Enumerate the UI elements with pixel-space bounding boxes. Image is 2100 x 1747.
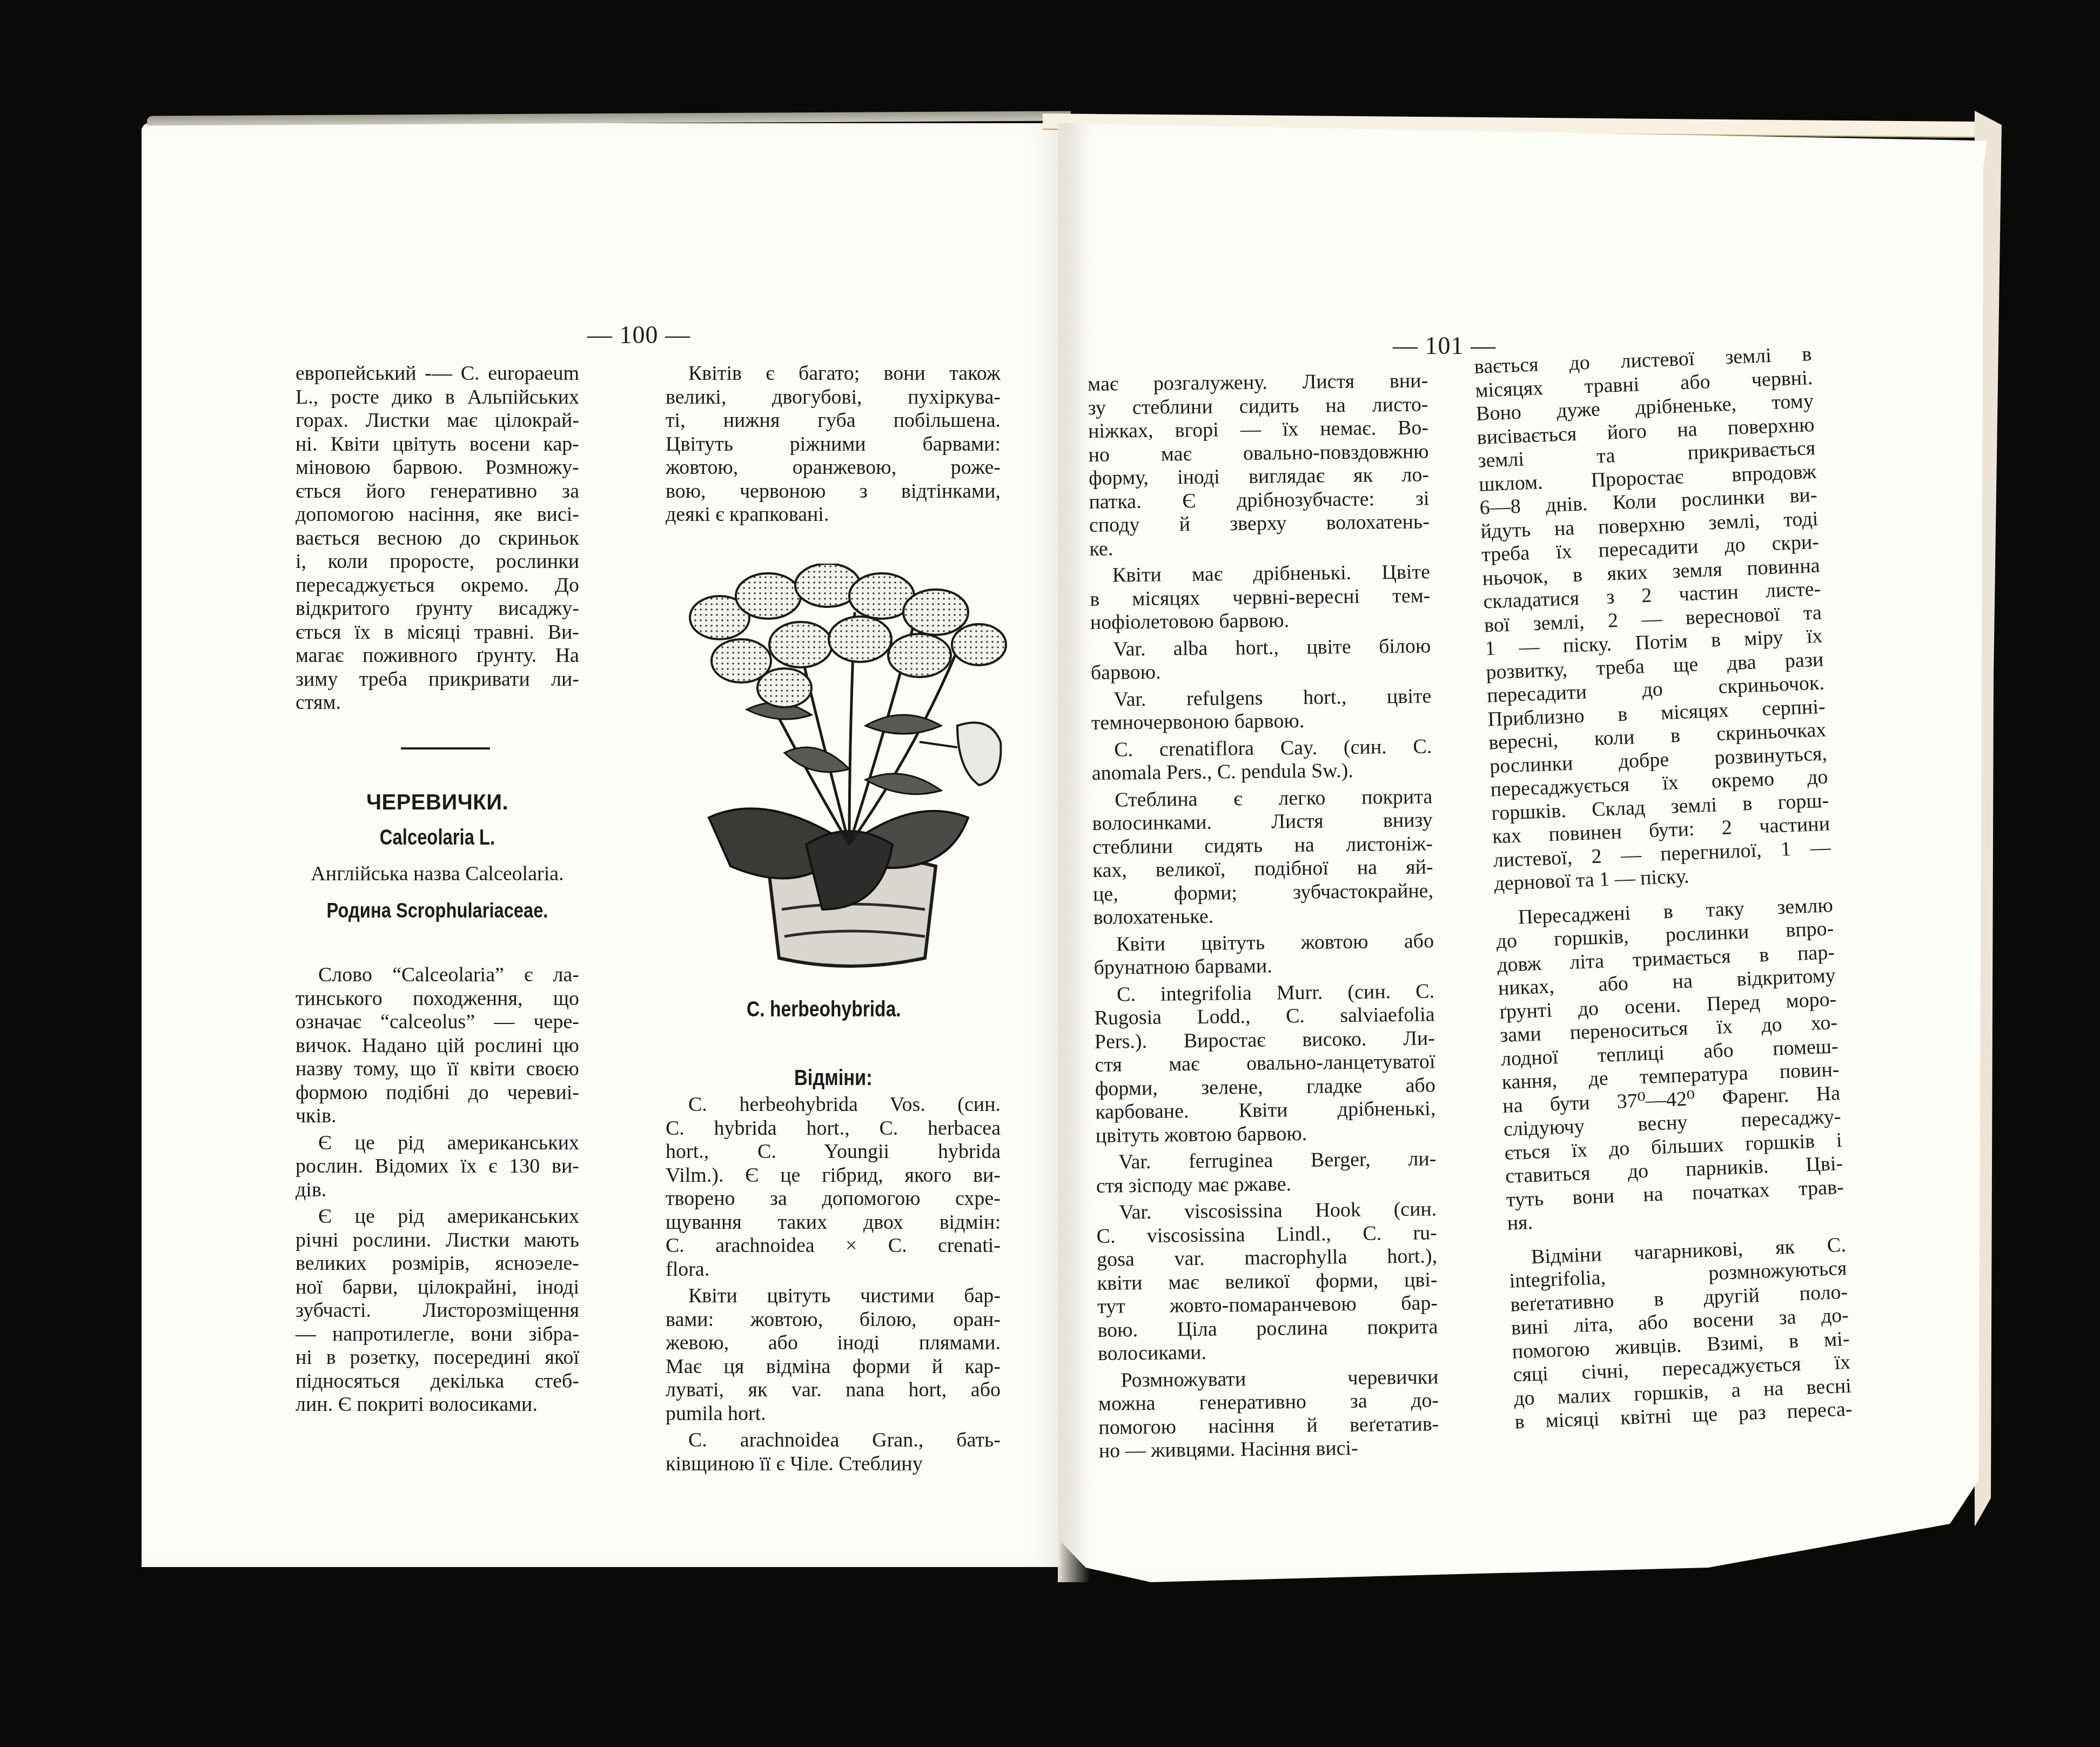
paragraph: Var. refulgens hort., цвіте темночервоно… [1091, 685, 1432, 735]
paragraph: Розмножувати черевички можна генеративно… [1098, 1366, 1439, 1463]
english-name: Англійська назва Calceolaria. [296, 862, 579, 886]
page-number: — 100 — [587, 320, 690, 349]
family-name: Родина Scrophulariaceae. [316, 900, 560, 923]
paragraph: Var. ferruginea Berger, ли- стя зісподу … [1096, 1147, 1437, 1198]
varieties-heading: Відміни: [794, 1066, 873, 1090]
section-heading-block: ЧЕРЕВИЧКИ. Calceolaria L. Англійська наз… [296, 791, 579, 923]
paragraph: Пересаджені в таку землю до горшків, рос… [1495, 894, 1845, 1236]
book-spread: — 100 — европейський -— C. europaeum L.,… [0, 0, 2100, 1747]
paragraph: має розгалужену. Листя вни- зу стеблини … [1088, 369, 1430, 561]
right-page-column-1: має розгалужену. Листя вни- зу стеблини … [1088, 369, 1439, 1463]
left-page: — 100 — европейський -— C. europaeum L.,… [142, 123, 1060, 1567]
left-page-column-2-body: C. herbeohybrida Vos. (син. C. hybrida h… [666, 1093, 1001, 1476]
paragraph: Є це рід американських річні рослини. Ли… [296, 1205, 579, 1417]
paragraph: Var. viscosissina Hook (син. C. viscosis… [1096, 1197, 1438, 1366]
section-divider [401, 747, 490, 749]
paragraph: C. arachnoidea Gran., бать- ківщиною її … [666, 1429, 1001, 1476]
paragraph: Квіти має дрібненькі. Цвіте в місяцях че… [1090, 560, 1431, 634]
calceolaria-plant-illustration [687, 564, 1011, 974]
left-page-column-2: Квітів є багато; вони також великі, двог… [666, 362, 1001, 527]
paragraph: Слово “Calceolaria” є ла- тинського похо… [296, 963, 579, 1128]
section-title: ЧЕРЕВИЧКИ. [296, 791, 579, 815]
right-page-column-2: вається до листевої землі в місяцях трав… [1474, 343, 1853, 1434]
paragraph: европейський -— C. europaeum L., росте д… [296, 362, 579, 715]
left-page-column-1: европейський -— C. europaeum L., росте д… [296, 362, 579, 715]
paragraph: Квіти цвітуть чистими бар- вами: жовтою,… [666, 1284, 1001, 1425]
paragraph: Стеблина є легко покрита волосинками. Ли… [1092, 785, 1434, 930]
paragraph: C. herbeohybrida Vos. (син. C. hybrida h… [666, 1093, 1001, 1281]
paragraph: Відміни чагарникові, як C. integrifolia,… [1508, 1233, 1853, 1434]
latin-name: Calceolaria L. [321, 826, 554, 850]
paragraph: Var. alba hort., цвіте білою барвою. [1090, 634, 1431, 685]
paragraph: C. crenatiflora Cay. (син. C. anomala Pe… [1091, 735, 1432, 786]
paragraph: C. integrifolia Murr. (син. C. Rugosia L… [1094, 980, 1436, 1148]
left-page-column-1-body: Слово “Calceolaria” є ла- тинського похо… [296, 963, 579, 1417]
paragraph: вається до листевої землі в місяцях трав… [1474, 343, 1832, 896]
paragraph: Є це рід американських рослин. Відомих ї… [296, 1132, 579, 1202]
paragraph: Квіти цвітуть жовтою або брунатною барва… [1093, 929, 1434, 980]
illustration-caption: C. herbeohybrida. [747, 998, 901, 1022]
paragraph: Квітів є багато; вони також великі, двог… [666, 362, 1001, 527]
right-page: — 101 — має розгалужену. Листя вни- зу с… [1058, 123, 1987, 1582]
